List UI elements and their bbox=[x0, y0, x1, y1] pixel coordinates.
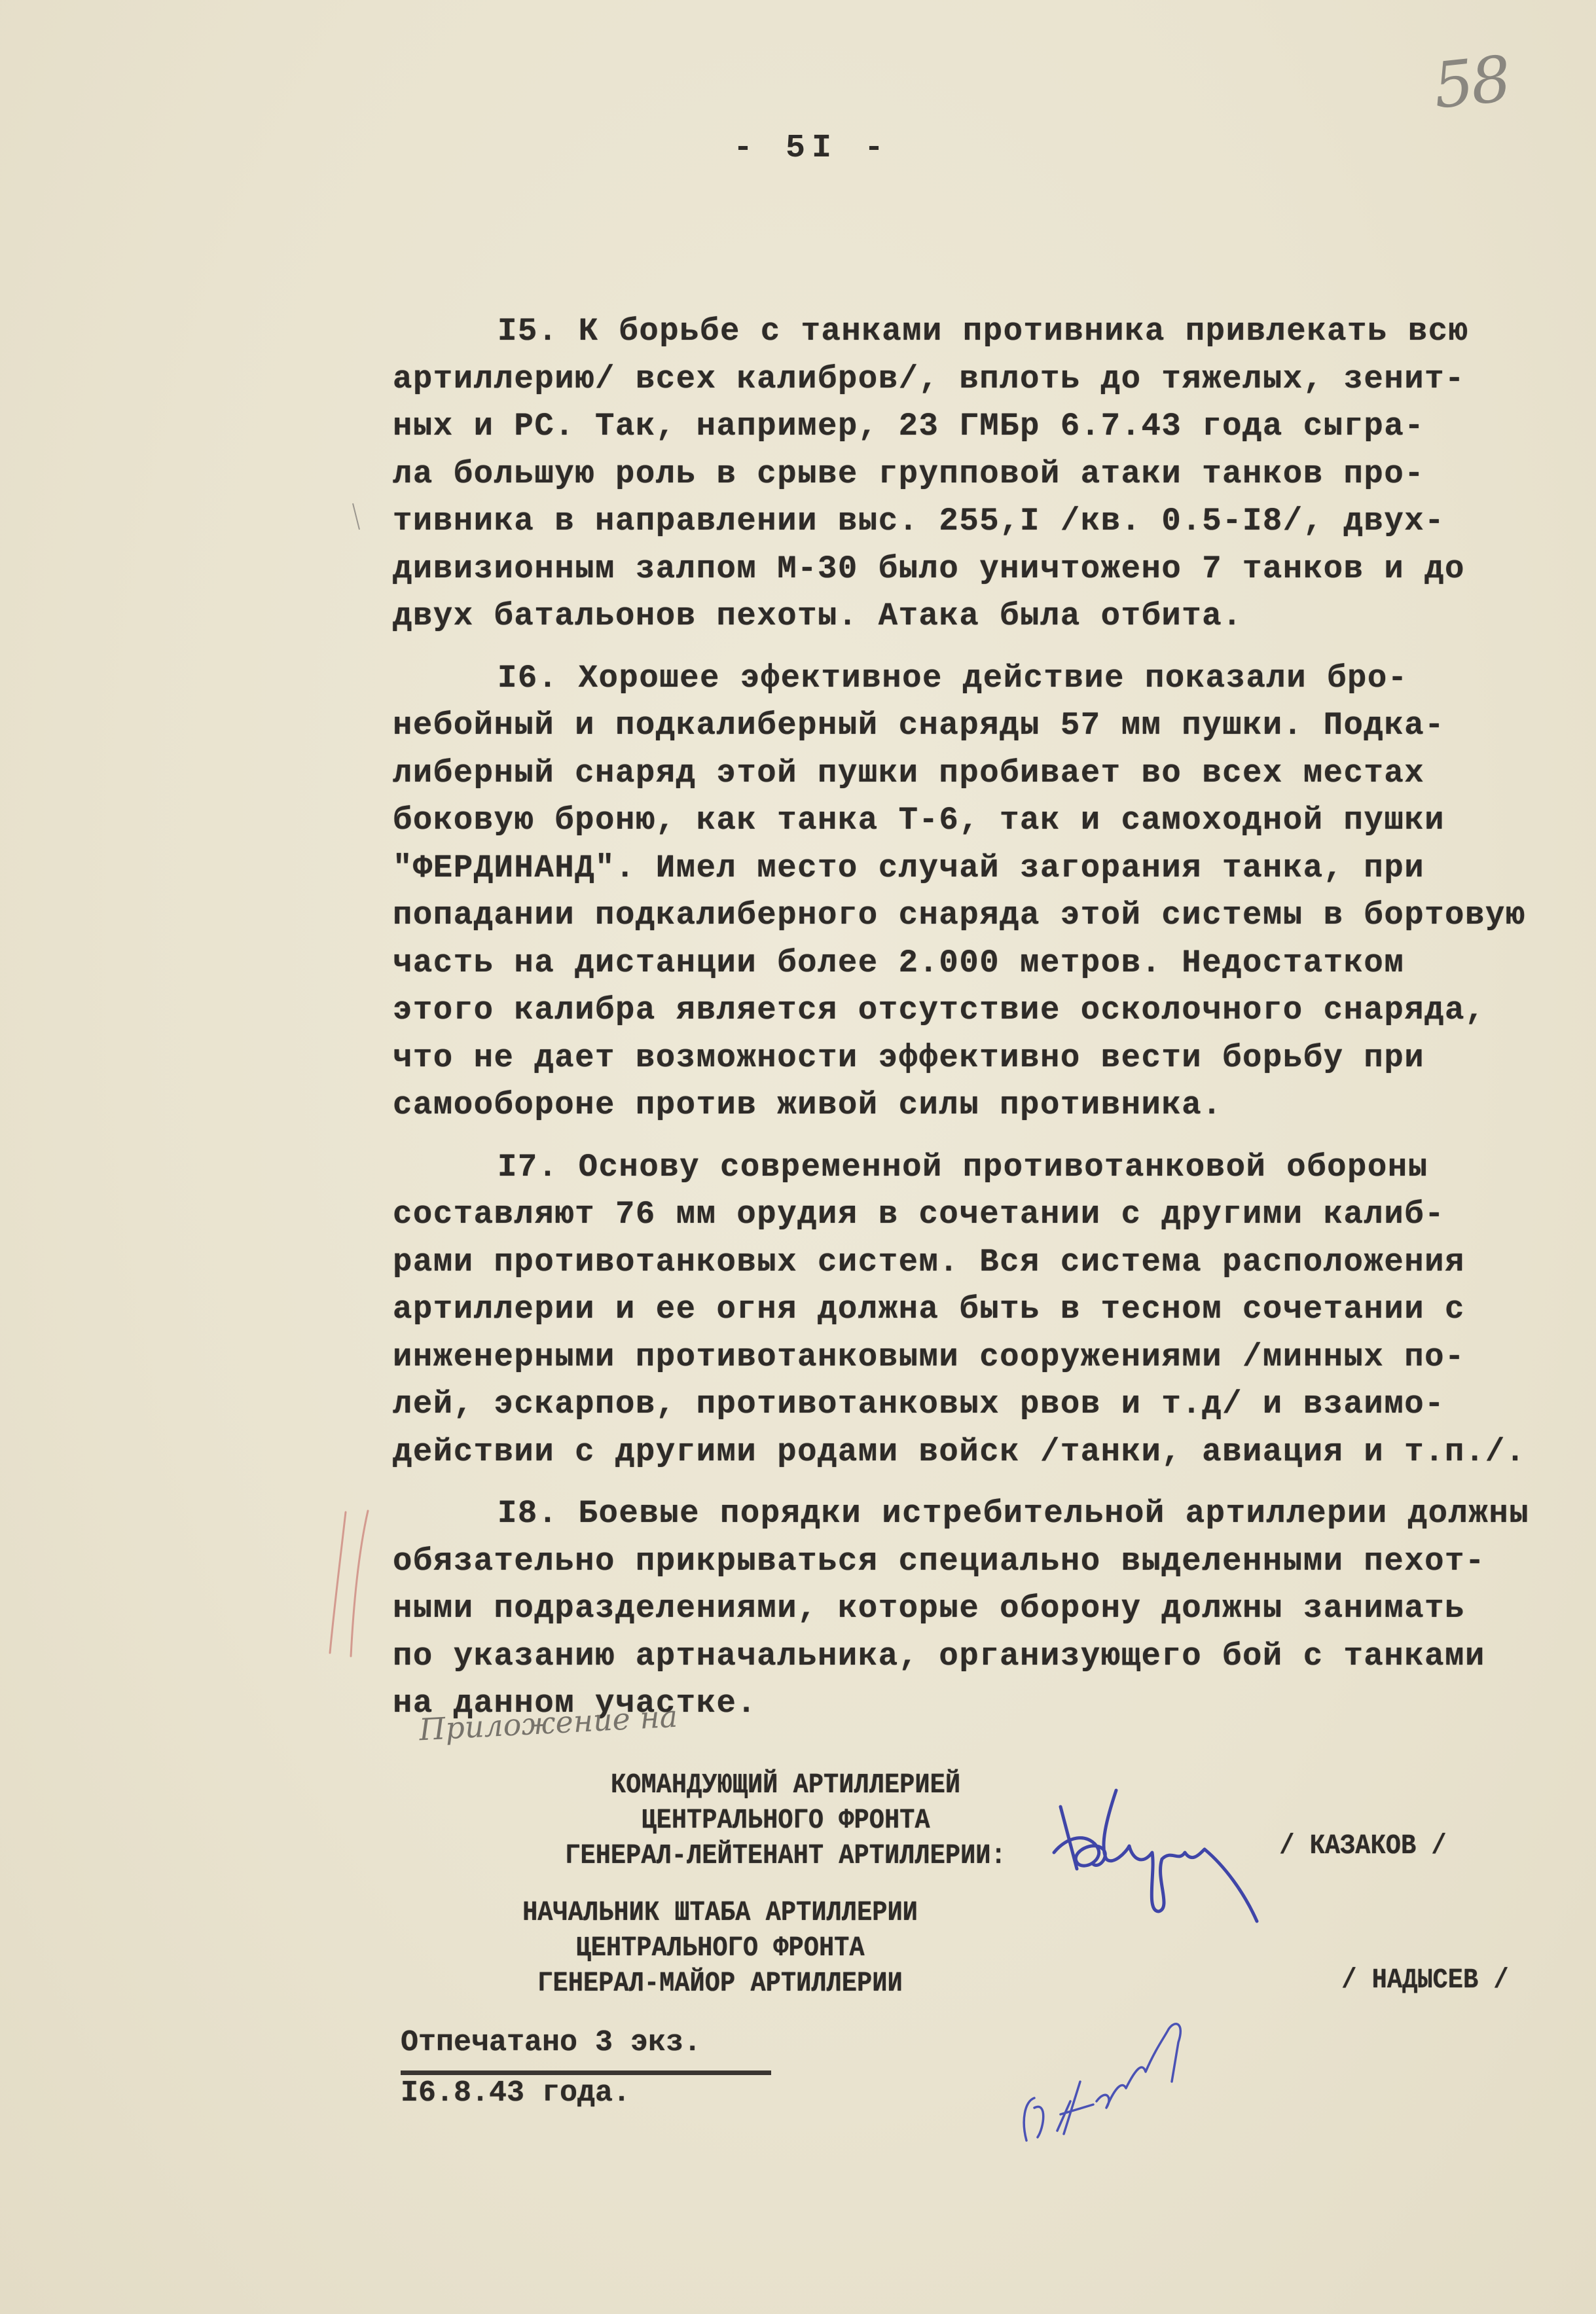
signatory-block-chief-of-staff: НАЧАЛЬНИК ШТАБА АРТИЛЛЕРИИ ЦЕНТРАЛЬНОГО … bbox=[426, 1895, 1015, 2001]
text-line: боковую броню, как танка Т-6, так и само… bbox=[393, 797, 1558, 844]
text-line: часть на дистанции более 2.000 метров. Н… bbox=[393, 939, 1558, 987]
text-line: этого калибра является отсутствие осколо… bbox=[393, 986, 1558, 1034]
text-line: ных и РС. Так, например, 23 ГМБр 6.7.43 … bbox=[393, 403, 1558, 450]
text-line: "ФЕРДИНАНД". Имел место случай загорания… bbox=[393, 844, 1558, 892]
archive-folio-number: 58 bbox=[1430, 42, 1512, 122]
paragraph-18: I8. Боевые порядки истребительной артилл… bbox=[393, 1490, 1558, 1727]
text-line: составляют 76 мм орудия в сочетании с др… bbox=[393, 1191, 1558, 1238]
text-line: I8. Боевые порядки истребительной артилл… bbox=[393, 1490, 1558, 1538]
document-body: I5. К борьбе с танками противника привле… bbox=[393, 308, 1558, 1727]
text-line: I7. Основу современной противотанковой о… bbox=[393, 1144, 1558, 1191]
text-line: дивизионным залпом М-30 было уничтожено … bbox=[393, 545, 1558, 593]
signatory-block-commander: КОМАНДУЮЩИЙ АРТИЛЛЕРИЕЙ ЦЕНТРАЛЬНОГО ФРО… bbox=[432, 1767, 1139, 1873]
text-line: двух батальонов пехоты. Атака была отбит… bbox=[393, 592, 1558, 640]
text-line: самообороне против живой силы противника… bbox=[393, 1081, 1558, 1129]
document-date: I6.8.43 года. bbox=[401, 2076, 630, 2110]
signature-kazakov-icon bbox=[1047, 1781, 1283, 1925]
footer-divider bbox=[401, 2070, 771, 2075]
signatory-title-line: ЦЕНТРАЛЬНОГО ФРОНТА bbox=[432, 1803, 1139, 1838]
text-line: артиллерии и ее огня должна быть в тесно… bbox=[393, 1286, 1558, 1333]
document-page: 58 - 5I - I5. К борьбе с танками противн… bbox=[0, 0, 1596, 2314]
text-line: попадании подкалиберного снаряда этой си… bbox=[393, 892, 1558, 939]
page-number: - 5I - bbox=[733, 130, 890, 167]
paragraph-15: I5. К борьбе с танками противника привле… bbox=[393, 308, 1558, 640]
text-line: ла большую роль в срыве групповой атаки … bbox=[393, 450, 1558, 498]
copies-printed-note: Отпечатано 3 экз. bbox=[401, 2026, 701, 2059]
pencil-tick-mark-icon bbox=[350, 501, 363, 533]
text-line: I6. Хорошее эфективное действие показали… bbox=[393, 655, 1558, 702]
text-line: артиллерию/ всех калибров/, вплоть до тя… bbox=[393, 355, 1558, 403]
red-pencil-margin-mark-icon bbox=[327, 1506, 380, 1676]
signatory-name-kazakov: / КАЗАКОВ / bbox=[1279, 1830, 1446, 1862]
paragraph-17: I7. Основу современной противотанковой о… bbox=[393, 1144, 1558, 1476]
signatory-title-line: КОМАНДУЮЩИЙ АРТИЛЛЕРИЕЙ bbox=[432, 1767, 1139, 1803]
text-line: что не дает возможности эффективно вести… bbox=[393, 1034, 1558, 1082]
text-line: небойный и подкалиберный снаряды 57 мм п… bbox=[393, 702, 1558, 750]
signature-nadysev-icon bbox=[1008, 1957, 1244, 2154]
signatory-title-line: ГЕНЕРАЛ-ЛЕЙТЕНАНТ АРТИЛЛЕРИИ: bbox=[432, 1838, 1139, 1873]
text-line: I5. К борьбе с танками противника привле… bbox=[393, 308, 1558, 355]
text-line: инженерными противотанковыми сооружениям… bbox=[393, 1333, 1558, 1381]
text-line: тивника в направлении выс. 255,I /кв. 0.… bbox=[393, 497, 1558, 545]
signatory-title-line: НАЧАЛЬНИК ШТАБА АРТИЛЛЕРИИ bbox=[426, 1895, 1015, 1930]
signatory-name-nadysev: / НАДЫСЕВ / bbox=[1341, 1964, 1508, 1996]
text-line: ными подразделениями, которые оборону до… bbox=[393, 1585, 1558, 1633]
text-line: рами противотанковых систем. Вся система… bbox=[393, 1238, 1558, 1286]
text-line: действии с другими родами войск /танки, … bbox=[393, 1428, 1558, 1476]
text-line: лей, эскарпов, противотанковых рвов и т.… bbox=[393, 1381, 1558, 1428]
text-line: либерный снаряд этой пушки пробивает во … bbox=[393, 750, 1558, 797]
signatory-title-line: ЦЕНТРАЛЬНОГО ФРОНТА bbox=[426, 1930, 1015, 1966]
text-line: обязательно прикрываться специально выде… bbox=[393, 1538, 1558, 1585]
text-line: по указанию артначальника, организующего… bbox=[393, 1633, 1558, 1680]
signatory-title-line: ГЕНЕРАЛ-МАЙОР АРТИЛЛЕРИИ bbox=[426, 1966, 1015, 2001]
paragraph-16: I6. Хорошее эфективное действие показали… bbox=[393, 655, 1558, 1129]
